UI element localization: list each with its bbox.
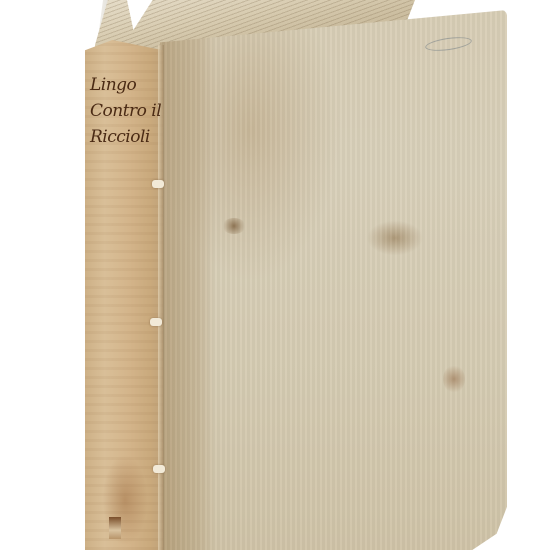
front-cover (160, 10, 507, 550)
binding-thong (152, 180, 164, 188)
book-photo: Lingo Contro il Riccioli (0, 0, 550, 550)
binding-thong (150, 318, 162, 326)
binding-thong (153, 465, 165, 473)
cover-stain (443, 365, 465, 393)
cover-stain (222, 218, 246, 234)
spine-title-line: Riccioli (90, 124, 162, 150)
spine-title-line: Contro il (90, 98, 162, 124)
spine-title: Lingo Contro il Riccioli (90, 72, 162, 150)
spine-label-remnant (109, 517, 121, 539)
spine-title-line: Lingo (90, 72, 162, 98)
